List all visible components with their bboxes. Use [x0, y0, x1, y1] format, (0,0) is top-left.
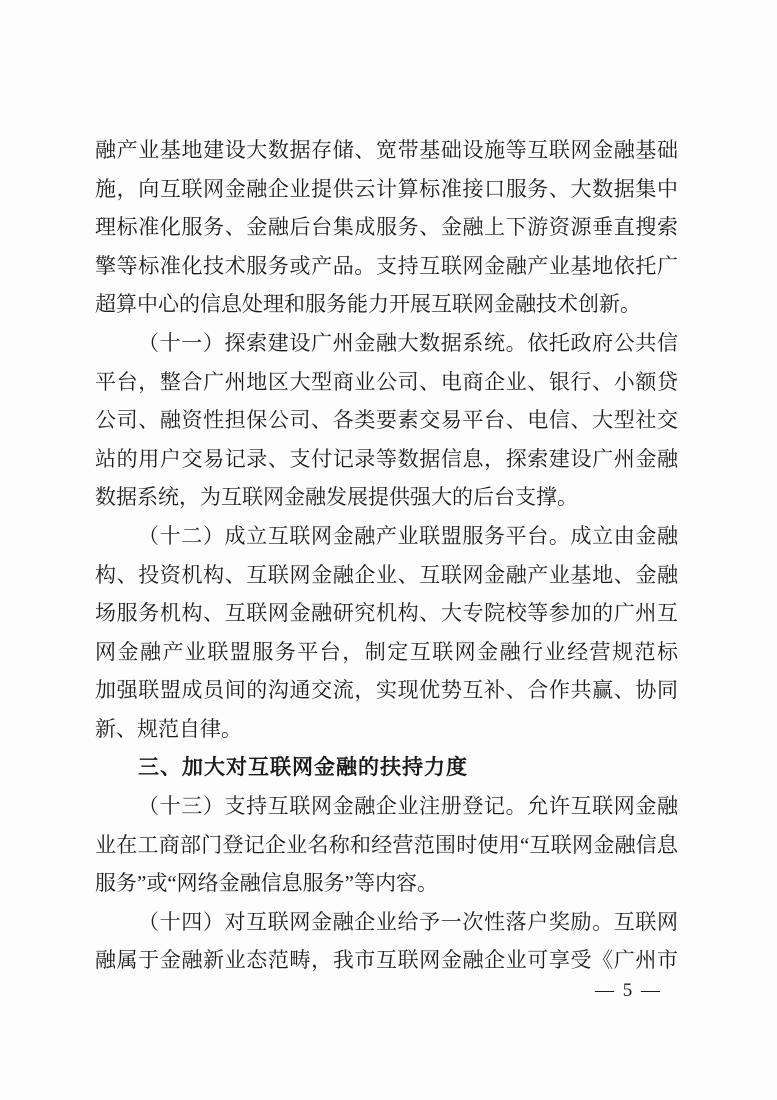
text-line: 服务”或“网络金融信息服务”等内容。 [95, 864, 678, 903]
text-line: （十三）支持互联网金融企业注册登记。允许互联网金融企 [95, 787, 678, 826]
text-line: 构、投资机构、互联网金融企业、互联网金融产业基地、金融市 [95, 556, 678, 595]
text-line: （十四）对互联网金融企业给予一次性落户奖励。互联网金 [95, 903, 678, 942]
section-heading: 三、加大对互联网金融的扶持力度 [95, 749, 678, 788]
text-line: 数据系统，为互联网金融发展提供强大的后台支撑。 [95, 478, 678, 517]
text-line: 网金融产业联盟服务平台，制定互联网金融行业经营规范标准， [95, 633, 678, 672]
text-line: 加强联盟成员间的沟通交流，实现优势互补、合作共赢、协同创 [95, 671, 678, 710]
text-line: 施，向互联网金融企业提供云计算标准接口服务、大数据集中处 [95, 170, 678, 209]
text-line: 超算中心的信息处理和服务能力开展互联网金融技术创新。 [95, 285, 678, 324]
text-line: 场服务机构、互联网金融研究机构、大专院校等参加的广州互联 [95, 594, 678, 633]
text-line: 新、规范自律。 [95, 710, 678, 749]
text-line: （十一）探索建设广州金融大数据系统。依托政府公共信息 [95, 324, 678, 363]
text-line: 融属于金融新业态范畴，我市互联网金融企业可享受《广州市人 [95, 941, 678, 980]
document-body: 融产业基地建设大数据存储、宽带基础设施等互联网金融基础设 施，向互联网金融企业提… [95, 131, 678, 980]
text-line: （十二）成立互联网金融产业联盟服务平台。成立由金融机 [95, 517, 678, 556]
text-line: 擎等标准化技术服务或产品。支持互联网金融产业基地依托广州 [95, 247, 678, 286]
document-page: 融产业基地建设大数据存储、宽带基础设施等互联网金融基础设 施，向互联网金融企业提… [0, 0, 777, 1100]
page-number: — 5 — [95, 980, 678, 1002]
text-line: 融产业基地建设大数据存储、宽带基础设施等互联网金融基础设 [95, 131, 678, 170]
text-line: 业在工商部门登记企业名称和经营范围时使用“互联网金融信息 [95, 826, 678, 865]
text-line: 平台，整合广州地区大型商业公司、电商企业、银行、小额贷款 [95, 363, 678, 402]
text-line: 站的用户交易记录、支付记录等数据信息，探索建设广州金融大 [95, 440, 678, 479]
text-line: 理标准化服务、金融后台集成服务、金融上下游资源垂直搜索引 [95, 208, 678, 247]
text-line: 公司、融资性担保公司、各类要素交易平台、电信、大型社交网 [95, 401, 678, 440]
